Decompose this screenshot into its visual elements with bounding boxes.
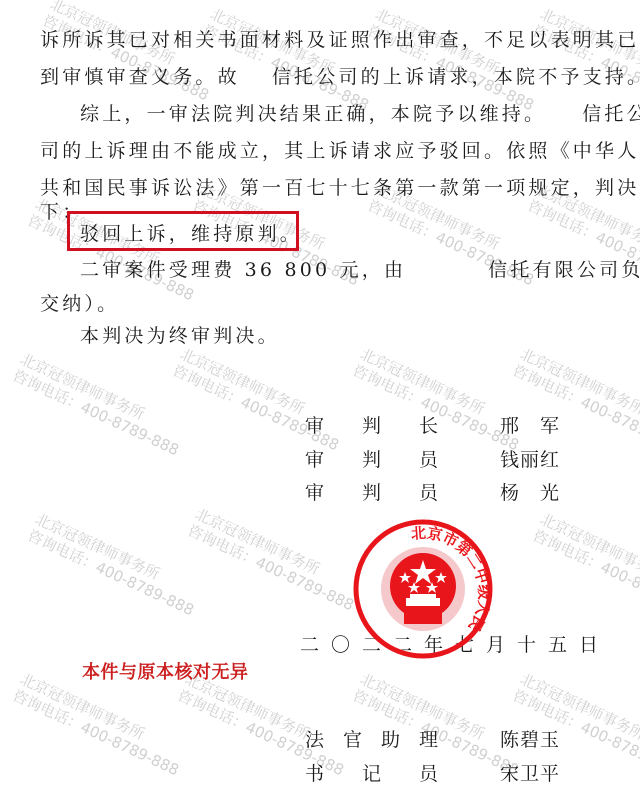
watermark: 北京冠领律师事务所咨询电话：400-8789-888 [530, 510, 640, 619]
paragraph-line: 到审慎审查义务。故信托公司的上诉请求，本院不予支持。 [40, 65, 640, 89]
fee-line: 交纳）。 [40, 292, 119, 316]
watermark: 北京冠领律师事务所咨询电话：400-8789-888 [10, 350, 189, 459]
watermark: 北京冠领律师事务所咨询电话：400-8789-888 [10, 670, 189, 779]
paragraph-line: 共和国民事诉讼法》第一百七十七条第一款第一项规定，判决如 [40, 176, 640, 200]
watermark: 北京冠领律师事务所咨询电话：400-8789-888 [530, 5, 640, 114]
fee-line: 二审案件受理费 36 800 元，由信托有限公司负担（已 [80, 258, 640, 282]
paragraph-line: 诉所诉其已对相关书面材料及证照作出审查，不足以表明其已尽 [40, 28, 640, 52]
watermark: 北京冠领律师事务所咨询电话：400-8789-888 [200, 5, 379, 114]
watermark: 北京冠领律师事务所咨询电话：400-8789-888 [25, 510, 204, 619]
paragraph-line: 综上，一审法院判决结果正确，本院予以维持。信托公 [80, 102, 640, 126]
paragraph-line: 司的上诉理由不能成立，其上诉请求应予驳回。依照《中华人民 [40, 139, 640, 163]
watermark: 北京冠领律师事务所咨询电话：400-8789-888 [510, 345, 640, 454]
court-seal-icon: 北京市第二中级人民法院 [352, 518, 494, 660]
final-statement: 本判决为终审判决。 [80, 324, 280, 348]
ruling-text: 驳回上诉，维持原判。 [80, 222, 302, 246]
watermark: 北京冠领律师事务所咨询电话：400-8789-888 [175, 670, 354, 779]
certified-copy-stamp: 本件与原本核对无异 [82, 658, 249, 684]
watermark: 北京冠领律师事务所咨询电话：400-8789-888 [185, 505, 364, 614]
watermark: 北京冠领律师事务所咨询电话：400-8789-888 [365, 5, 544, 114]
